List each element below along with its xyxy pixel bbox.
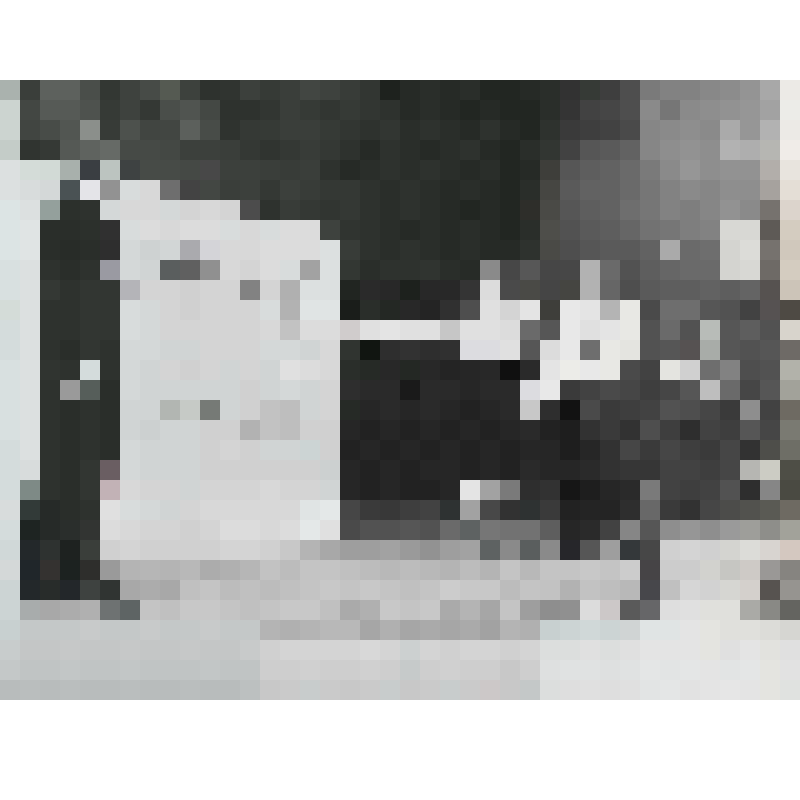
pixel-block (560, 320, 580, 340)
pixel-block (760, 200, 780, 220)
pixel-block (120, 320, 140, 340)
pixel-block (180, 80, 200, 100)
pixel-block (460, 160, 480, 180)
pixel-block (40, 560, 60, 580)
pixel-block (720, 280, 740, 300)
pixel-block (140, 660, 160, 680)
pixel-block (400, 120, 420, 140)
pixel-block (600, 160, 620, 180)
pixel-block (240, 100, 260, 120)
pixel-block (220, 260, 240, 280)
pixel-block (200, 520, 220, 540)
pixel-block (300, 120, 320, 140)
pixel-block (200, 620, 220, 640)
pixel-block (620, 460, 640, 480)
pixel-block (640, 660, 660, 680)
pixel-block (20, 620, 40, 640)
pixel-block (60, 360, 80, 380)
pixel-block (260, 320, 280, 340)
pixel-block (640, 540, 660, 560)
pixel-block (780, 300, 800, 320)
pixel-block (740, 80, 760, 100)
pixel-block (40, 120, 60, 140)
pixel-block (760, 220, 780, 240)
pixel-block (440, 520, 460, 540)
pixel-block (620, 520, 640, 540)
pixel-block (180, 280, 200, 300)
pixel-block (20, 520, 40, 540)
pixel-block (780, 680, 800, 700)
pixel-block (80, 320, 100, 340)
pixel-block (460, 120, 480, 140)
pixel-block (660, 260, 680, 280)
pixel-block (580, 180, 600, 200)
pixel-block (480, 380, 500, 400)
pixel-block (120, 240, 140, 260)
pixel-block (720, 540, 740, 560)
pixel-block (600, 380, 620, 400)
pixel-block (260, 160, 280, 180)
pixel-block (460, 240, 480, 260)
pixel-block (720, 100, 740, 120)
pixel-block (560, 380, 580, 400)
pixel-block (180, 300, 200, 320)
pixel-block (400, 180, 420, 200)
pixel-block (480, 480, 500, 500)
pixel-block (60, 260, 80, 280)
pixel-block (680, 280, 700, 300)
pixel-block (400, 380, 420, 400)
pixel-block (560, 340, 580, 360)
pixel-block (280, 140, 300, 160)
pixel-block (160, 100, 180, 120)
pixel-block (180, 560, 200, 580)
pixel-block (560, 400, 580, 420)
pixel-block (720, 400, 740, 420)
pixel-block (420, 560, 440, 580)
pixel-block (740, 180, 760, 200)
pixel-block (600, 140, 620, 160)
pixel-block (340, 300, 360, 320)
pixel-block (280, 380, 300, 400)
pixel-block (580, 640, 600, 660)
pixel-block (320, 300, 340, 320)
pixel-block (20, 120, 40, 140)
pixel-block (460, 580, 480, 600)
pixel-block (320, 440, 340, 460)
pixel-block (720, 620, 740, 640)
pixel-block (440, 280, 460, 300)
pixel-block (240, 360, 260, 380)
pixel-block (780, 400, 800, 420)
pixel-block (160, 560, 180, 580)
pixel-block (60, 680, 80, 700)
pixel-block (660, 420, 680, 440)
pixel-block (600, 400, 620, 420)
pixel-block (400, 200, 420, 220)
pixel-block (500, 500, 520, 520)
pixel-block (700, 340, 720, 360)
pixel-block (680, 200, 700, 220)
pixel-block (80, 260, 100, 280)
pixel-block (480, 680, 500, 700)
pixel-block (220, 340, 240, 360)
pixel-block (420, 520, 440, 540)
pixel-block (520, 140, 540, 160)
pixel-block (460, 680, 480, 700)
pixel-block (440, 660, 460, 680)
pixel-block (560, 180, 580, 200)
pixel-block (680, 240, 700, 260)
pixel-block (360, 140, 380, 160)
pixel-block (440, 160, 460, 180)
pixel-block (320, 100, 340, 120)
pixel-block (520, 100, 540, 120)
pixel-block (260, 680, 280, 700)
pixel-block (540, 200, 560, 220)
pixel-block (400, 440, 420, 460)
pixel-block (20, 460, 40, 480)
pixel-block (20, 140, 40, 160)
pixel-block (160, 220, 180, 240)
pixel-block (540, 480, 560, 500)
pixel-block (220, 560, 240, 580)
pixel-block (360, 80, 380, 100)
pixel-block (120, 440, 140, 460)
pixel-block (420, 500, 440, 520)
pixel-block (720, 460, 740, 480)
pixel-block (300, 640, 320, 660)
pixel-block (460, 660, 480, 680)
pixel-block (480, 500, 500, 520)
pixel-block (740, 360, 760, 380)
pixel-block (100, 240, 120, 260)
pixel-block (380, 580, 400, 600)
pixel-block (120, 480, 140, 500)
pixel-block (700, 440, 720, 460)
pixel-block (480, 640, 500, 660)
pixel-block (480, 540, 500, 560)
pixel-block (140, 320, 160, 340)
pixel-block (40, 380, 60, 400)
pixel-block (320, 640, 340, 660)
pixel-block (0, 220, 20, 240)
pixel-block (460, 500, 480, 520)
pixel-block (340, 380, 360, 400)
pixel-block (540, 560, 560, 580)
pixel-block (400, 480, 420, 500)
pixel-block (240, 640, 260, 660)
pixel-block (300, 380, 320, 400)
pixel-block (440, 500, 460, 520)
pixel-block (440, 560, 460, 580)
pixel-block (640, 560, 660, 580)
pixel-block (120, 220, 140, 240)
pixel-block (280, 580, 300, 600)
pixel-block (80, 160, 100, 180)
pixel-block (300, 180, 320, 200)
pixel-block (60, 120, 80, 140)
pixel-block (400, 600, 420, 620)
pixel-block (80, 600, 100, 620)
pixel-block (180, 220, 200, 240)
pixel-block (340, 260, 360, 280)
pixel-block (780, 380, 800, 400)
pixel-block (680, 620, 700, 640)
pixel-block (440, 180, 460, 200)
pixel-block (340, 540, 360, 560)
pixel-block (240, 420, 260, 440)
pixel-block (140, 620, 160, 640)
pixel-block (100, 520, 120, 540)
pixel-block (220, 180, 240, 200)
pixel-block (40, 680, 60, 700)
pixel-block (440, 580, 460, 600)
pixel-block (440, 220, 460, 240)
pixel-block (580, 480, 600, 500)
pixel-block (580, 500, 600, 520)
pixel-block (460, 460, 480, 480)
pixel-block (340, 420, 360, 440)
pixel-block (320, 400, 340, 420)
pixel-block (780, 320, 800, 340)
pixel-block (100, 180, 120, 200)
pixel-block (660, 660, 680, 680)
pixel-block (340, 360, 360, 380)
pixel-block (380, 240, 400, 260)
pixel-block (620, 640, 640, 660)
pixel-block (200, 380, 220, 400)
pixel-block (380, 180, 400, 200)
pixel-block (340, 120, 360, 140)
pixel-block (740, 640, 760, 660)
pixel-block (660, 680, 680, 700)
pixel-block (260, 540, 280, 560)
pixel-block (160, 500, 180, 520)
pixel-block (240, 500, 260, 520)
pixel-block (300, 620, 320, 640)
pixel-block (660, 280, 680, 300)
pixel-block (200, 100, 220, 120)
pixel-block (480, 620, 500, 640)
pixel-block (180, 500, 200, 520)
pixel-block (760, 620, 780, 640)
pixel-block (760, 100, 780, 120)
pixel-block (460, 280, 480, 300)
pixel-block (40, 460, 60, 480)
pixel-block (140, 440, 160, 460)
pixel-block (760, 320, 780, 340)
pixel-block (620, 300, 640, 320)
pixel-block (700, 240, 720, 260)
pixel-block (280, 500, 300, 520)
pixel-block (400, 80, 420, 100)
pixel-block (740, 320, 760, 340)
pixel-block (260, 500, 280, 520)
pixel-block (280, 260, 300, 280)
pixel-block (20, 360, 40, 380)
pixel-block (20, 480, 40, 500)
pixel-block (200, 480, 220, 500)
pixel-block (0, 100, 20, 120)
pixel-block (80, 560, 100, 580)
pixel-block (40, 280, 60, 300)
pixel-block (720, 500, 740, 520)
pixel-block (60, 280, 80, 300)
pixel-block (140, 220, 160, 240)
pixel-block (440, 340, 460, 360)
pixel-block (400, 360, 420, 380)
pixel-block (520, 300, 540, 320)
pixel-block (300, 480, 320, 500)
pixel-block (760, 600, 780, 620)
pixel-block (160, 360, 180, 380)
pixel-block (80, 580, 100, 600)
pixel-block (660, 580, 680, 600)
pixel-block (40, 660, 60, 680)
pixel-block (180, 360, 200, 380)
pixel-block (80, 220, 100, 240)
pixel-block (200, 640, 220, 660)
pixel-block (240, 680, 260, 700)
pixel-block (580, 280, 600, 300)
pixel-block (460, 200, 480, 220)
pixel-block (620, 100, 640, 120)
pixel-block (100, 460, 120, 480)
pixel-block (540, 620, 560, 640)
pixel-block (300, 240, 320, 260)
pixel-block (500, 660, 520, 680)
pixel-block (560, 360, 580, 380)
pixel-block (680, 300, 700, 320)
pixel-block (540, 220, 560, 240)
pixel-block (220, 460, 240, 480)
pixel-block (100, 220, 120, 240)
pixel-block (720, 680, 740, 700)
pixel-block (680, 420, 700, 440)
pixel-block (140, 360, 160, 380)
pixel-block (40, 260, 60, 280)
pixel-block (540, 240, 560, 260)
pixel-block (620, 600, 640, 620)
pixel-block (200, 560, 220, 580)
pixel-block (120, 500, 140, 520)
pixel-block (760, 420, 780, 440)
pixel-block (740, 480, 760, 500)
pixel-block (80, 80, 100, 100)
pixel-block (600, 460, 620, 480)
pixel-block (540, 340, 560, 360)
pixel-block (640, 80, 660, 100)
pixel-block (220, 440, 240, 460)
pixel-block (780, 440, 800, 460)
pixel-block (720, 200, 740, 220)
pixel-block (80, 100, 100, 120)
pixel-block (40, 300, 60, 320)
pixel-block (760, 340, 780, 360)
pixel-block (460, 140, 480, 160)
pixel-block (120, 580, 140, 600)
pixel-block (360, 540, 380, 560)
pixel-block (80, 420, 100, 440)
pixel-block (740, 680, 760, 700)
pixel-block (40, 140, 60, 160)
pixel-block (340, 240, 360, 260)
pixel-block (260, 620, 280, 640)
pixel-block (380, 360, 400, 380)
pixel-block (400, 640, 420, 660)
pixel-block (120, 420, 140, 440)
pixel-block (360, 480, 380, 500)
pixel-block (20, 280, 40, 300)
pixel-block (180, 460, 200, 480)
pixel-block (100, 600, 120, 620)
pixel-block (540, 400, 560, 420)
pixel-block (560, 100, 580, 120)
pixel-block (480, 200, 500, 220)
pixel-block (560, 200, 580, 220)
pixel-block (260, 580, 280, 600)
pixel-block (280, 600, 300, 620)
pixel-block (80, 300, 100, 320)
pixel-block (160, 160, 180, 180)
pixel-block (300, 420, 320, 440)
pixel-block (120, 560, 140, 580)
pixel-block (160, 640, 180, 660)
pixel-block (420, 380, 440, 400)
pixel-block (380, 140, 400, 160)
pixel-block (680, 100, 700, 120)
pixel-block (80, 460, 100, 480)
pixel-block (220, 220, 240, 240)
pixel-block (500, 280, 520, 300)
pixel-block (120, 200, 140, 220)
pixel-block (520, 440, 540, 460)
pixel-block (660, 600, 680, 620)
pixel-block (560, 460, 580, 480)
pixel-block (540, 300, 560, 320)
pixel-block (340, 320, 360, 340)
pixel-block (660, 340, 680, 360)
pixel-block (0, 680, 20, 700)
pixel-block (340, 660, 360, 680)
pixel-block (660, 160, 680, 180)
pixel-block (740, 220, 760, 240)
pixel-block (260, 660, 280, 680)
pixel-block (260, 520, 280, 540)
pixel-block (300, 680, 320, 700)
pixel-block (520, 200, 540, 220)
pixel-block (180, 380, 200, 400)
pixel-block (760, 460, 780, 480)
pixel-block (420, 680, 440, 700)
pixel-block (260, 400, 280, 420)
pixel-block (240, 660, 260, 680)
pixel-block (420, 260, 440, 280)
pixel-block (760, 300, 780, 320)
pixel-block (420, 440, 440, 460)
pixel-block (240, 440, 260, 460)
pixel-block (700, 600, 720, 620)
pixel-block (60, 580, 80, 600)
pixel-block (180, 260, 200, 280)
pixel-block (380, 320, 400, 340)
pixel-block (60, 380, 80, 400)
pixel-block (480, 420, 500, 440)
pixel-block (240, 380, 260, 400)
pixel-block (580, 580, 600, 600)
pixel-block (240, 400, 260, 420)
